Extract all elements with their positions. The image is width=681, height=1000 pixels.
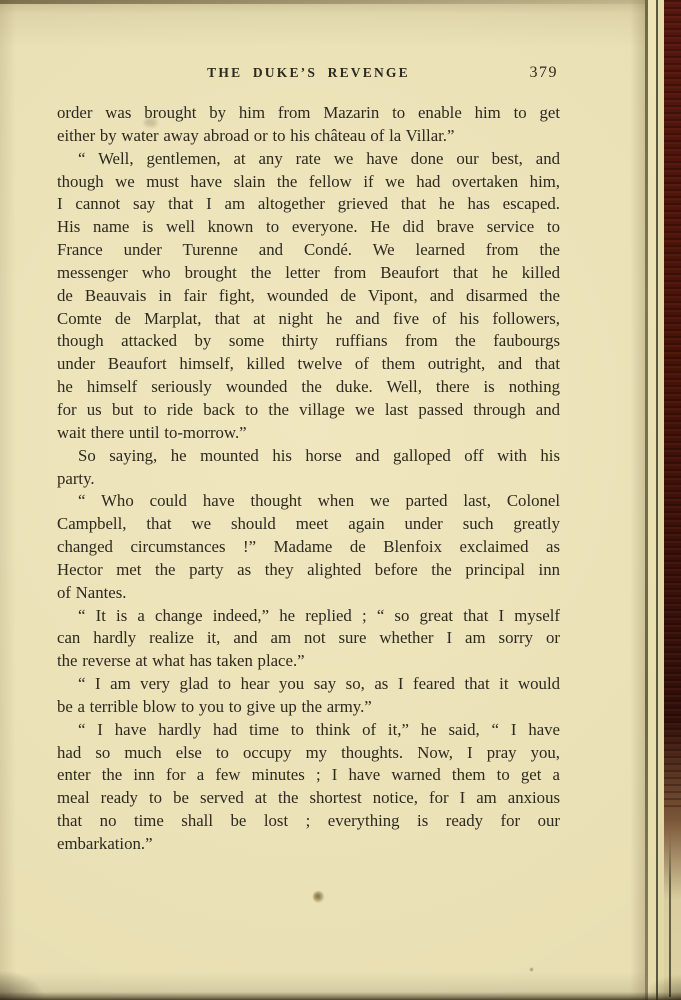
- text-line: had so much else to occupy my thoughts. …: [57, 742, 560, 765]
- top-edge-shadow: [0, 0, 659, 4]
- text-line: meal ready to be served at the shortest …: [57, 787, 560, 810]
- text-line: embarkation.”: [57, 833, 560, 856]
- text-line: either by water away abroad or to his ch…: [57, 125, 560, 148]
- book-cover-cloth-texture: [664, 0, 681, 810]
- text-line: Comte de Marplat, that at night he and f…: [57, 308, 560, 331]
- ink-smudge: [144, 118, 157, 127]
- text-line: for us but to ride back to the village w…: [57, 399, 560, 422]
- text-line: “ I am very glad to hear you say so, as …: [57, 673, 560, 696]
- text-line: though we must have slain the fellow if …: [57, 171, 560, 194]
- text-line: “ I have hardly had time to think of it,…: [57, 719, 560, 742]
- text-line: Campbell, that we should meet again unde…: [57, 513, 560, 536]
- text-line: the reverse at what has taken place.”: [57, 650, 560, 673]
- text-line: “ Who could have thought when we parted …: [57, 490, 560, 513]
- text-line: wait there until to-morrow.”: [57, 422, 560, 445]
- text-line: he himself seriously wounded the duke. W…: [57, 376, 560, 399]
- running-header: THE DUKE’S REVENGE 379: [57, 64, 560, 81]
- text-line: I cannot say that I am altogether grieve…: [57, 193, 560, 216]
- page-edge-line: [669, 828, 671, 997]
- text-line: though attacked by some thirty ruffians …: [57, 330, 560, 353]
- page-body-text: order was brought by him from Mazarin to…: [57, 102, 560, 856]
- text-line: “ It is a change indeed,” he replied ; “…: [57, 605, 560, 628]
- page-curl-shadow: [630, 0, 645, 1000]
- text-line: So saying, he mounted his horse and gall…: [57, 445, 560, 468]
- text-line: party.: [57, 468, 560, 491]
- stain-spot: [529, 967, 534, 972]
- text-line: changed circumstances !” Madame de Blenf…: [57, 536, 560, 559]
- text-line: “ Well, gentlemen, at any rate we have d…: [57, 148, 560, 171]
- book-page-photo: THE DUKE’S REVENGE 379 order was brought…: [0, 0, 681, 1000]
- page-number: 379: [530, 64, 559, 81]
- text-line: order was brought by him from Mazarin to…: [57, 102, 560, 125]
- text-line: His name is well known to everyone. He d…: [57, 216, 560, 239]
- text-line: Hector met the party as they alighted be…: [57, 559, 560, 582]
- text-line: under Beaufort himself, killed twelve of…: [57, 353, 560, 376]
- running-title: THE DUKE’S REVENGE: [57, 64, 560, 81]
- text-line: of Nantes.: [57, 582, 560, 605]
- text-line: can hardly realize it, and am not sure w…: [57, 627, 560, 650]
- corner-shadow: [0, 970, 46, 1000]
- page-edge-stack: [648, 0, 656, 1000]
- text-line: enter the inn for a few minutes ; I have…: [57, 764, 560, 787]
- text-line: messenger who brought the letter from Be…: [57, 262, 560, 285]
- text-line: France under Turenne and Condé. We learn…: [57, 239, 560, 262]
- text-line: that no time shall be lost ; everything …: [57, 810, 560, 833]
- stain-spot: [313, 891, 324, 903]
- page-content: THE DUKE’S REVENGE 379 order was brought…: [57, 64, 560, 856]
- text-line: be a terrible blow to you to give up the…: [57, 696, 560, 719]
- bottom-edge-shadow: [0, 992, 681, 1000]
- text-line: de Beauvais in fair fight, wounded de Vi…: [57, 285, 560, 308]
- corner-shadow: [641, 974, 681, 1000]
